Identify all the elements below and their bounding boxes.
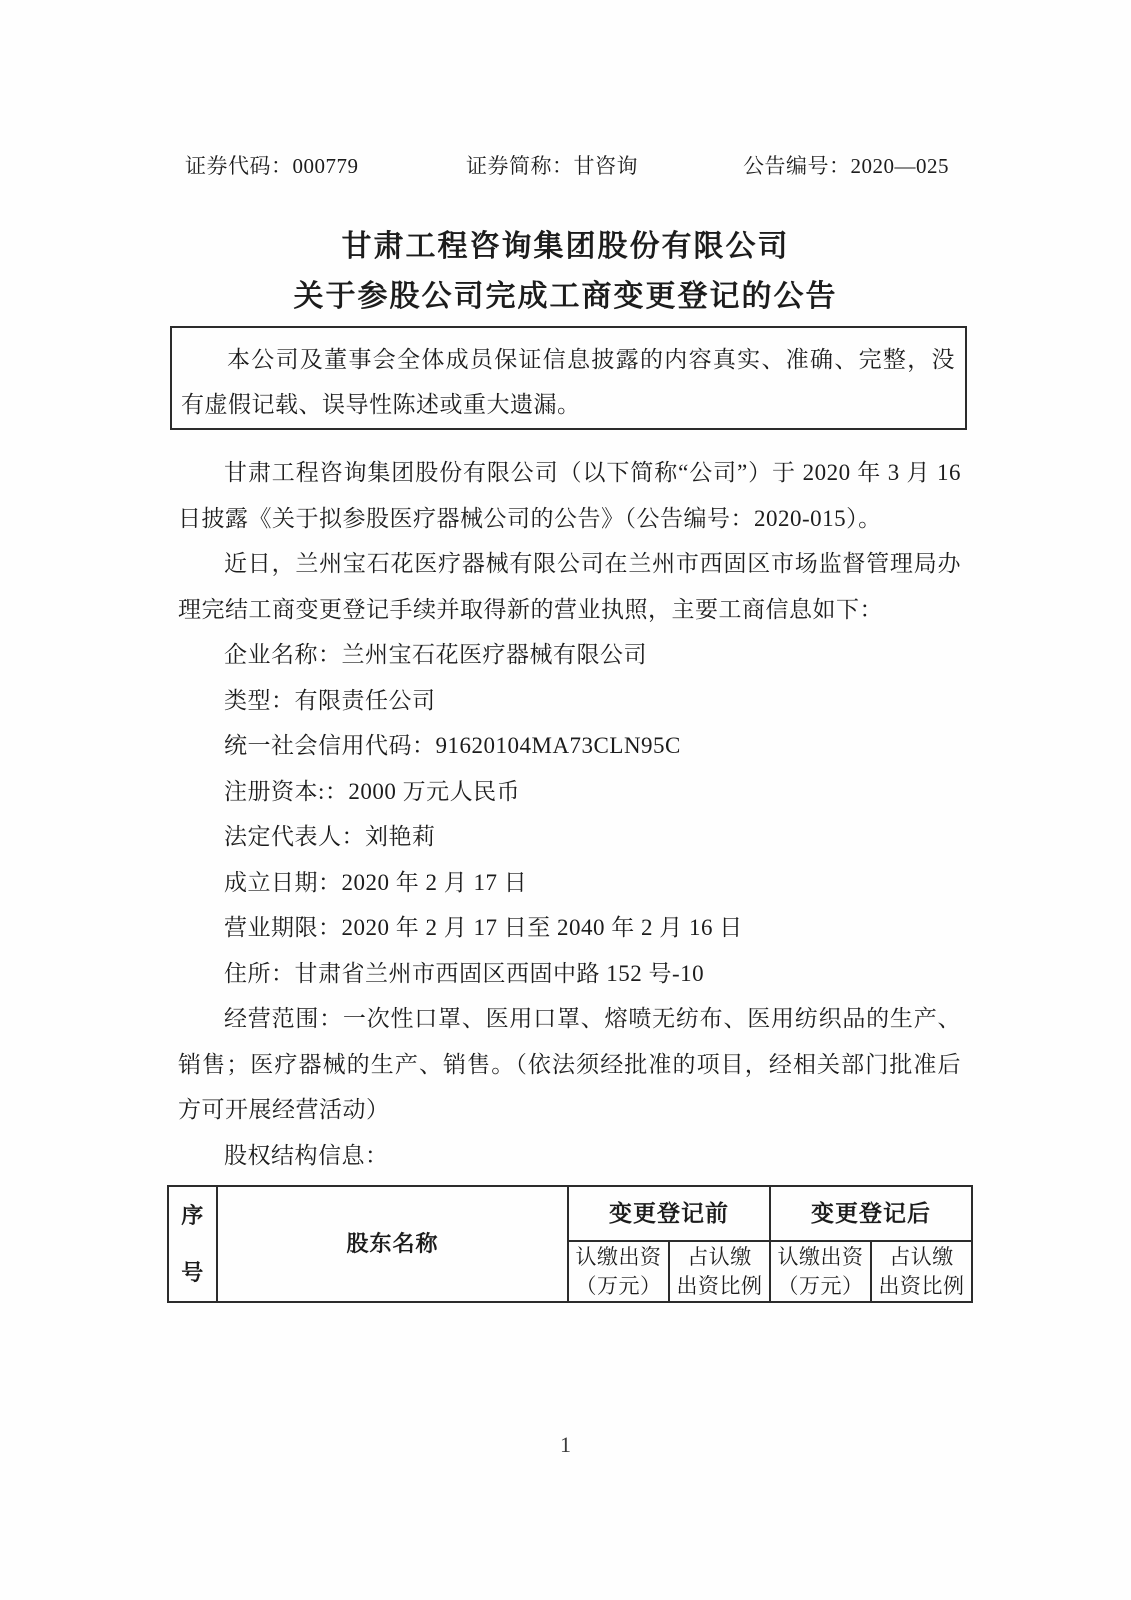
table-header-index: 序 号 [168,1186,217,1302]
table-header-after-amount: 认缴出资 （万元） [770,1241,871,1302]
field-company-type: 类型：有限责任公司 [178,678,961,724]
shareholding-structure-label: 股权结构信息： [178,1133,961,1179]
stock-code: 证券代码：000779 [185,150,359,180]
company-title: 甘肃工程咨询集团股份有限公司 [0,221,1131,265]
stock-short-name: 证券简称：甘咨询 [466,150,638,180]
header-meta-row: 证券代码：000779 证券简称：甘咨询 公告编号：2020—025 [0,150,1131,180]
shareholding-table: 序 号 股东名称 变更登记前 变更登记后 认缴出资 （万元） 占认缴 出资比例 … [167,1185,973,1303]
field-credit-code: 统一社会信用代码：91620104MA73CLN95C [178,723,961,769]
field-establish-date: 成立日期：2020 年 2 月 17 日 [178,860,961,906]
field-business-term: 营业期限：2020 年 2 月 17 日至 2040 年 2 月 16 日 [178,905,961,951]
table-header-after-group: 变更登记后 [770,1186,972,1241]
body-content: 甘肃工程咨询集团股份有限公司（以下简称“公司”）于 2020 年 3 月 16 … [178,450,961,1303]
update-paragraph: 近日，兰州宝石花医疗器械有限公司在兰州市西固区市场监督管理局办理完结工商变更登记… [178,541,961,632]
table-header-before-group: 变更登记前 [568,1186,770,1241]
field-company-name: 企业名称：兰州宝石花医疗器械有限公司 [178,632,961,678]
announcement-page: 证券代码：000779 证券简称：甘咨询 公告编号：2020—025 甘肃工程咨… [0,0,1131,1600]
field-registered-capital: 注册资本:：2000 万元人民币 [178,769,961,815]
field-business-scope: 经营范围：一次性口罩、医用口罩、熔喷无纺布、医用纺织品的生产、销售；医疗器械的生… [178,996,961,1133]
page-number: 1 [0,1432,1131,1458]
table-header-row-groups: 序 号 股东名称 变更登记前 变更登记后 [168,1186,972,1241]
table-header-before-ratio: 占认缴 出资比例 [669,1241,770,1302]
disclaimer-box: 本公司及董事会全体成员保证信息披露的内容真实、准确、完整，没有虚假记载、误导性陈… [170,326,967,430]
field-legal-representative: 法定代表人：刘艳莉 [178,814,961,860]
table-header-after-ratio: 占认缴 出资比例 [871,1241,972,1302]
field-address: 住所：甘肃省兰州市西固区西固中路 152 号-10 [178,951,961,997]
intro-paragraph: 甘肃工程咨询集团股份有限公司（以下简称“公司”）于 2020 年 3 月 16 … [178,450,961,541]
table-header-shareholder: 股东名称 [217,1186,568,1302]
table-header-before-amount: 认缴出资 （万元） [568,1241,669,1302]
announcement-number: 公告编号：2020—025 [743,150,949,180]
announcement-title: 关于参股公司完成工商变更登记的公告 [0,271,1131,315]
disclaimer-text: 本公司及董事会全体成员保证信息披露的内容真实、准确、完整，没有虚假记载、误导性陈… [181,337,955,427]
